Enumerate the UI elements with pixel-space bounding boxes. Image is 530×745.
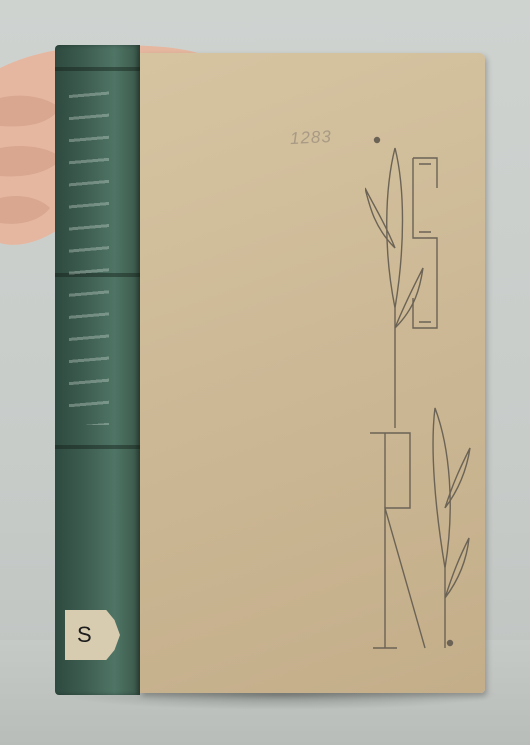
book-cover: 1283 — [140, 53, 485, 693]
spine-band — [55, 67, 140, 71]
book: S 1283 — [55, 45, 485, 695]
spine-worn-lettering — [69, 85, 109, 425]
spine-band — [55, 445, 140, 449]
book-spine: S — [55, 45, 140, 695]
spine-label: S — [65, 610, 120, 660]
monogram-icon — [365, 128, 485, 688]
pencil-number: 1283 — [290, 127, 333, 149]
